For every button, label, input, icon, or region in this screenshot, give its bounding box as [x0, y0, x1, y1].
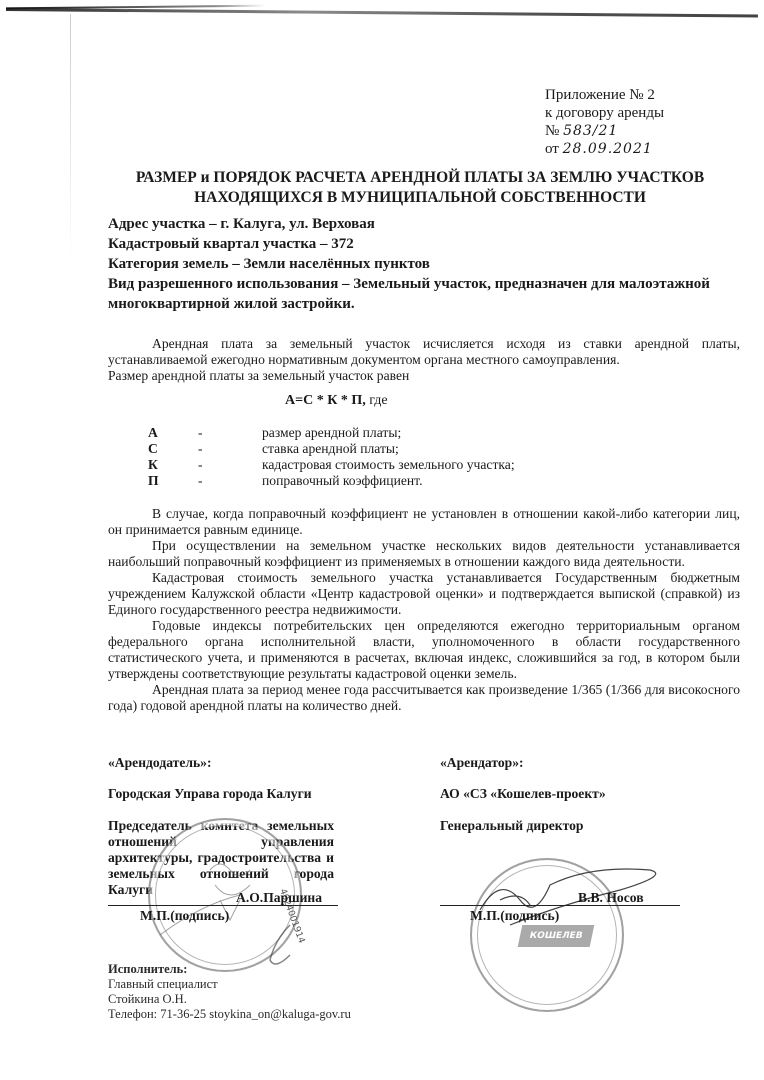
plot-cadastral-quarter: Кадастровый квартал участка – 372: [108, 234, 748, 254]
executor-email: stoykina_on@kaluga-gov.ru: [209, 1007, 351, 1021]
paragraph-price-indices: Годовые индексы потребительских цен опре…: [108, 618, 740, 682]
lessee-position: Генеральный директор: [440, 818, 740, 834]
body-paragraphs: В случае, когда поправочный коэффициент …: [108, 506, 740, 714]
handwritten-date: 28.09.2021: [563, 141, 653, 157]
executor-name: Стойкина О.Н.: [108, 992, 351, 1007]
lessee-signatory: В.В. Носов: [578, 890, 644, 906]
executor-position: Главный специалист: [108, 977, 351, 992]
executor-contact: Телефон: 71-36-25 stoykina_on@kaluga-gov…: [108, 1007, 351, 1022]
scan-edge-left: [70, 14, 71, 264]
legend-row: К - кадастровая стоимость земельного уча…: [148, 457, 515, 473]
annex-title: Приложение № 2: [545, 86, 664, 104]
executor-block: Исполнитель: Главный специалист Стойкина…: [108, 962, 351, 1022]
plot-permitted-use: Вид разрешенного использования – Земельн…: [108, 274, 748, 314]
paragraph-multiple-activities: При осуществлении на земельном участке н…: [108, 538, 740, 570]
scan-edge-top: [6, 8, 758, 18]
lessee-role: «Арендатор»:: [440, 755, 740, 771]
handwritten-number: 583/21: [563, 123, 618, 139]
annex-number: № 583/21: [545, 122, 664, 140]
intro-formula-lead: Размер арендной платы за земельный участ…: [108, 368, 740, 384]
legend-row: А - размер арендной платы;: [148, 425, 515, 441]
legend-row: С - ставка арендной платы;: [148, 441, 515, 457]
lessor-signatory: А.О.Паршина: [236, 890, 322, 906]
legend-row: П - поправочный коэффициент.: [148, 473, 515, 489]
formula-legend: А - размер арендной платы; С - ставка ар…: [148, 425, 515, 489]
annex-contract-ref: к договору аренды: [545, 104, 664, 122]
lessee-seal-label: М.П.(подпись): [470, 908, 559, 924]
executor-label: Исполнитель:: [108, 962, 351, 977]
lessee-signature-line: [440, 905, 680, 906]
lessor-role: «Арендодатель»:: [108, 755, 334, 771]
annex-header: Приложение № 2 к договору аренды № 583/2…: [545, 86, 664, 158]
plot-land-category: Категория земель – Земли населённых пунк…: [108, 254, 748, 274]
lessee-organization: АО «СЗ «Кошелев-проект»: [440, 786, 740, 802]
lessor-organization: Городская Управа города Калуги: [108, 786, 334, 802]
executor-phone: 71-36-25: [160, 1007, 206, 1021]
paragraph-coefficient-default: В случае, когда поправочный коэффициент …: [108, 506, 740, 538]
document-title: РАЗМЕР и ПОРЯДОК РАСЧЕТА АРЕНДНОЙ ПЛАТЫ …: [110, 168, 730, 208]
rent-formula: А=С * К * П, где: [285, 393, 388, 409]
paragraph-cadastral-value: Кадастровая стоимость земельного участка…: [108, 570, 740, 618]
paragraph-partial-year: Арендная плата за период менее года расс…: [108, 682, 740, 714]
plot-address: Адрес участка – г. Калуга, ул. Верховая: [108, 214, 748, 234]
plot-properties: Адрес участка – г. Калуга, ул. Верховая …: [108, 214, 748, 314]
annex-date: от 28.09.2021: [545, 140, 664, 158]
intro-paragraph: Арендная плата за земельный участок исчи…: [108, 336, 740, 368]
intro-section: Арендная плата за земельный участок исчи…: [108, 336, 740, 384]
lessor-seal-label: М.П.(подпись): [140, 908, 229, 924]
